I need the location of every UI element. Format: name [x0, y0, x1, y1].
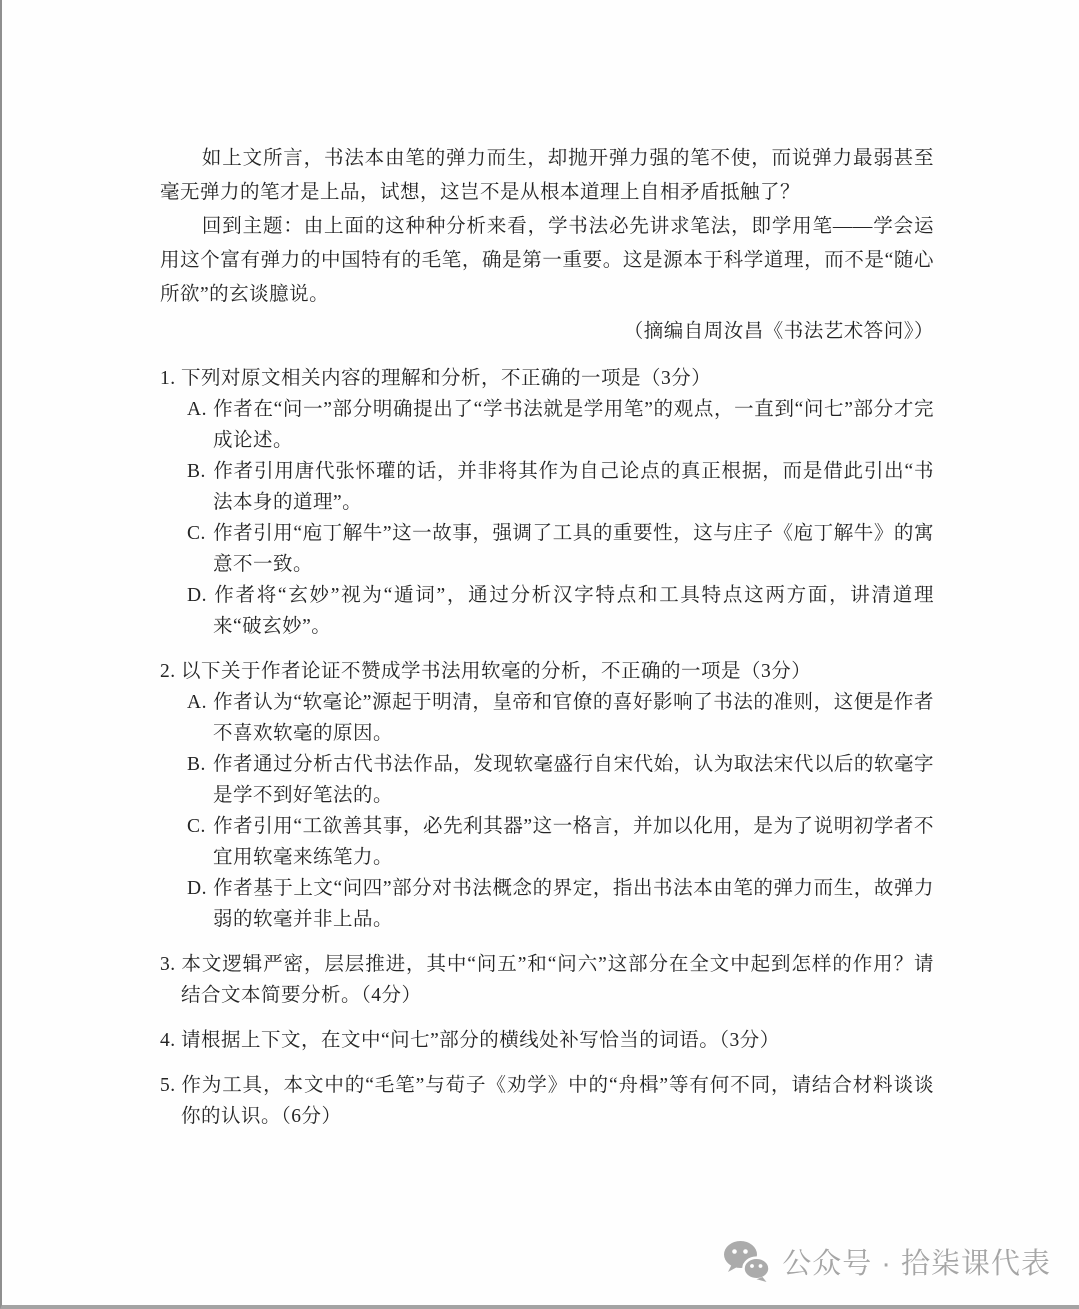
question-4-stem: 4.请根据上下文，在文中“问七”部分的横线处补写恰当的词语。（3分）	[160, 1025, 934, 1056]
question-3-number: 3.	[160, 949, 181, 980]
option-text: 作者引用“庖丁解牛”这一故事，强调了工具的重要性，这与庄子《庖丁解牛》的寓意不一…	[213, 523, 934, 575]
option-text: 作者认为“软毫论”源起于明清，皇帝和官僚的喜好影响了书法的准则，这便是作者不喜欢…	[213, 692, 934, 744]
question-3: 3.本文逻辑严密，层层推进，其中“问五”和“问六”这部分在全文中起到怎样的作用？…	[160, 949, 934, 1011]
question-2: 2.以下关于作者论证不赞成学书法用软毫的分析，不正确的一项是（3分） A.作者认…	[160, 656, 934, 935]
option-label: D.	[187, 580, 213, 611]
question-5-stem-text: 作为工具，本文中的“毛笔”与荀子《劝学》中的“舟楫”等有何不同，请结合材料谈谈你…	[181, 1075, 934, 1127]
question-5-stem: 5.作为工具，本文中的“毛笔”与荀子《劝学》中的“舟楫”等有何不同，请结合材料谈…	[160, 1070, 934, 1132]
source-attribution: （摘编自周汝昌《书法艺术答问》）	[160, 315, 934, 349]
question-2-stem: 2.以下关于作者论证不赞成学书法用软毫的分析，不正确的一项是（3分）	[160, 656, 934, 687]
exam-page: 如上文所言，书法本由笔的弹力而生，却抛开弹力强的笔不使，而说弹力最弱甚至毫无弹力…	[0, 0, 1079, 1309]
option-label: C.	[187, 811, 213, 842]
option-label: A.	[187, 687, 213, 718]
option-label: B.	[187, 749, 213, 780]
question-1-stem-text: 下列对原文相关内容的理解和分析，不正确的一项是（3分）	[181, 368, 711, 389]
option-label: D.	[187, 873, 213, 904]
option-text: 作者在“问一”部分明确提出了“学书法就是学用笔”的观点，一直到“问七”部分才完成…	[213, 399, 934, 451]
question-2-option-b: B.作者通过分析古代书法作品，发现软毫盛行自宋代始，认为取法宋代以后的软毫字是学…	[187, 749, 934, 811]
watermark-text: 公众号 · 拾柒课代表	[782, 1241, 1051, 1282]
watermark-footer: 公众号 · 拾柒课代表	[723, 1240, 1051, 1282]
question-3-stem-text: 本文逻辑严密，层层推进，其中“问五”和“问六”这部分在全文中起到怎样的作用？请结…	[181, 954, 934, 1006]
question-2-number: 2.	[160, 656, 181, 687]
question-3-stem: 3.本文逻辑严密，层层推进，其中“问五”和“问六”这部分在全文中起到怎样的作用？…	[160, 949, 934, 1011]
question-4-number: 4.	[160, 1025, 181, 1056]
option-label: B.	[187, 456, 213, 487]
option-text: 作者通过分析古代书法作品，发现软毫盛行自宋代始，认为取法宋代以后的软毫字是学不到…	[213, 754, 934, 806]
question-4: 4.请根据上下文，在文中“问七”部分的横线处补写恰当的词语。（3分）	[160, 1025, 934, 1056]
option-label: A.	[187, 394, 213, 425]
question-1-stem: 1.下列对原文相关内容的理解和分析，不正确的一项是（3分）	[160, 363, 934, 394]
option-text: 作者将“玄妙”视为“遁词”，通过分析汉字特点和工具特点这两方面，讲清道理来“破玄…	[213, 585, 934, 637]
question-2-option-c: C.作者引用“工欲善其事，必先利其器”这一格言，并加以化用，是为了说明初学者不宜…	[187, 811, 934, 873]
exam-content: 如上文所言，书法本由笔的弹力而生，却抛开弹力强的笔不使，而说弹力最弱甚至毫无弹力…	[160, 142, 934, 1132]
wechat-icon	[723, 1240, 771, 1282]
question-1-option-c: C.作者引用“庖丁解牛”这一故事，强调了工具的重要性，这与庄子《庖丁解牛》的寓意…	[187, 518, 934, 580]
question-5: 5.作为工具，本文中的“毛笔”与荀子《劝学》中的“舟楫”等有何不同，请结合材料谈…	[160, 1070, 934, 1132]
question-1-option-b: B.作者引用唐代张怀瓘的话，并非将其作为自己论点的真正根据，而是借此引出“书法本…	[187, 456, 934, 518]
option-text: 作者基于上文“问四”部分对书法概念的界定，指出书法本由笔的弹力而生，故弹力弱的软…	[213, 878, 934, 930]
option-label: C.	[187, 518, 213, 549]
question-5-number: 5.	[160, 1070, 181, 1101]
option-text: 作者引用“工欲善其事，必先利其器”这一格言，并加以化用，是为了说明初学者不宜用软…	[213, 816, 934, 868]
question-1-option-a: A.作者在“问一”部分明确提出了“学书法就是学用笔”的观点，一直到“问七”部分才…	[187, 394, 934, 456]
question-1-number: 1.	[160, 363, 181, 394]
question-2-option-a: A.作者认为“软毫论”源起于明清，皇帝和官僚的喜好影响了书法的准则，这便是作者不…	[187, 687, 934, 749]
intro-paragraph-2: 回到主题：由上面的这种种分析来看，学书法必先讲求笔法，即学用笔——学会运用这个富…	[160, 210, 934, 312]
question-1: 1.下列对原文相关内容的理解和分析，不正确的一项是（3分） A.作者在“问一”部…	[160, 363, 934, 642]
question-1-option-d: D.作者将“玄妙”视为“遁词”，通过分析汉字特点和工具特点这两方面，讲清道理来“…	[187, 580, 934, 642]
option-text: 作者引用唐代张怀瓘的话，并非将其作为自己论点的真正根据，而是借此引出“书法本身的…	[213, 461, 934, 513]
question-4-stem-text: 请根据上下文，在文中“问七”部分的横线处补写恰当的词语。（3分）	[181, 1030, 780, 1051]
intro-paragraph-1: 如上文所言，书法本由笔的弹力而生，却抛开弹力强的笔不使，而说弹力最弱甚至毫无弹力…	[160, 142, 934, 210]
question-2-stem-text: 以下关于作者论证不赞成学书法用软毫的分析，不正确的一项是（3分）	[181, 661, 811, 682]
question-2-option-d: D.作者基于上文“问四”部分对书法概念的界定，指出书法本由笔的弹力而生，故弹力弱…	[187, 873, 934, 935]
